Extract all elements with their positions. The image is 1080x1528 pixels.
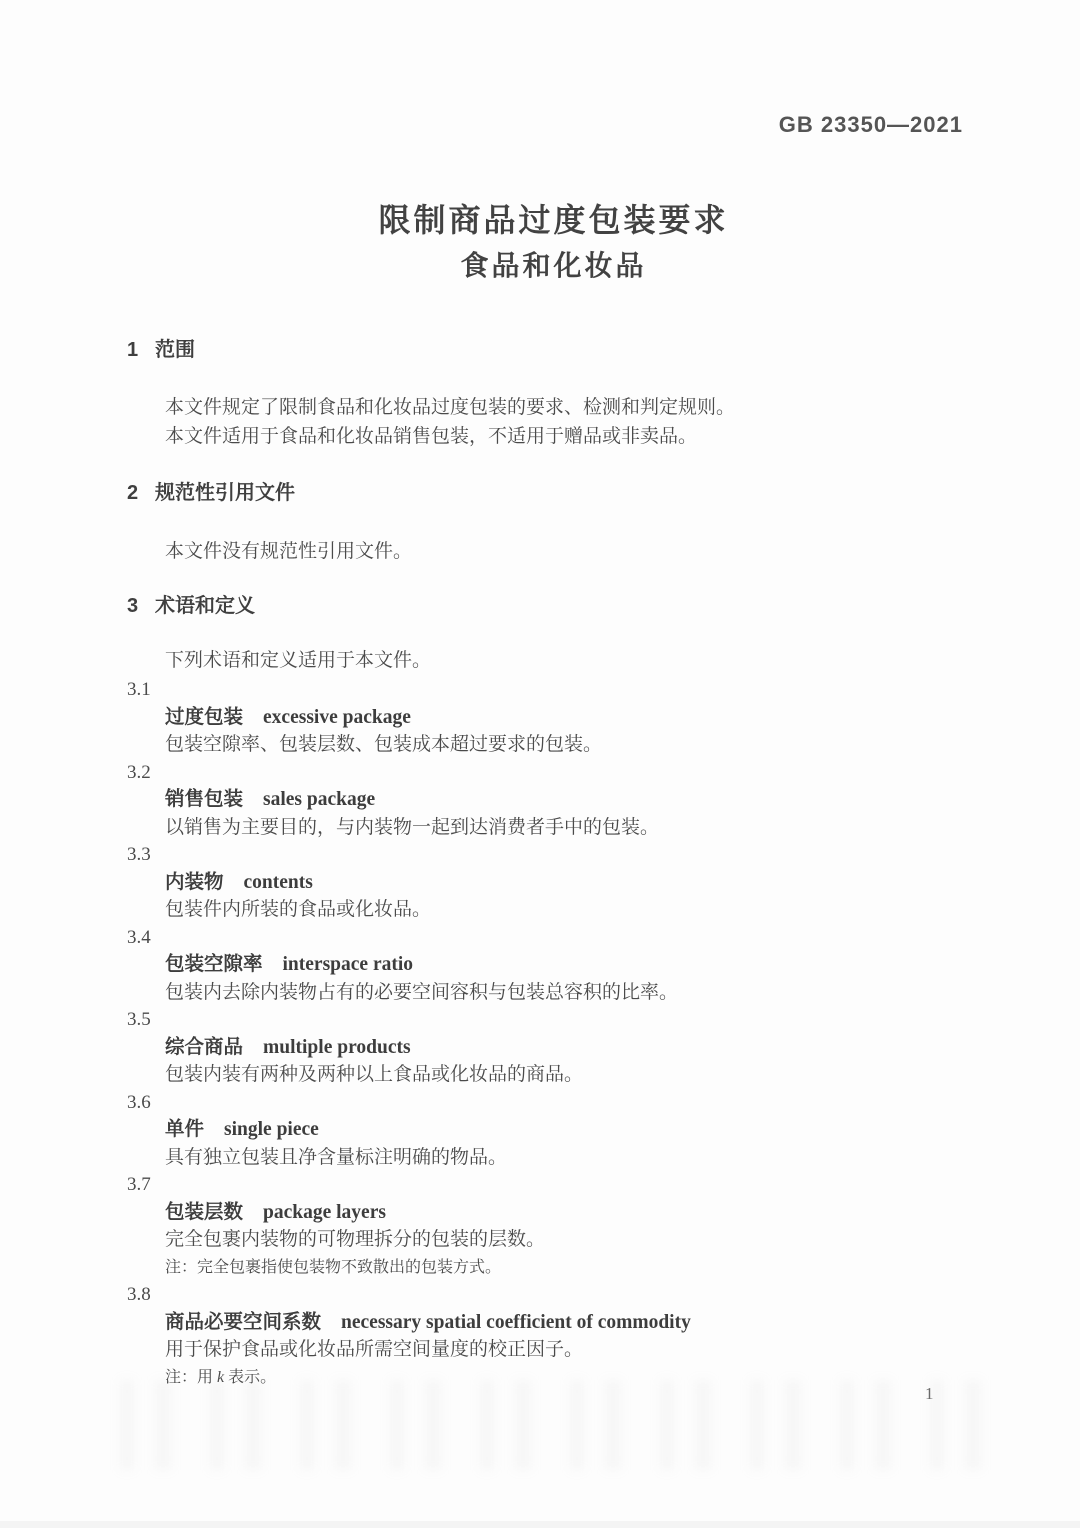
- term-number: 3.6: [127, 1089, 980, 1117]
- clause-label: 范围: [155, 337, 195, 363]
- term-title-zh: 内装物: [165, 871, 224, 893]
- term-definition: 包装内去除内装物占有的必要空间容积与包装总容积的比率。: [127, 979, 980, 1007]
- term-title-zh: 销售包装: [165, 788, 243, 810]
- term-note-suffix: 表示。: [224, 1369, 276, 1386]
- term-3-3: 3.3 内装物contents 包装件内所装的食品或化妆品。: [127, 841, 980, 924]
- term-definition: 完全包裹内装物的可物理拆分的包装的层数。: [127, 1226, 980, 1254]
- term-3-4: 3.4 包装空隙率interspace ratio 包装内去除内装物占有的必要空…: [127, 924, 980, 1007]
- term-title-en: package layers: [263, 1202, 386, 1223]
- term-3-1: 3.1 过度包装excessive package 包装空隙率、包装层数、包装成…: [127, 676, 980, 759]
- term-definition: 包装空隙率、包装层数、包装成本超过要求的包装。: [127, 731, 980, 759]
- term-number: 3.1: [127, 676, 980, 704]
- term-title: 商品必要空间系数necessary spatial coefficient of…: [127, 1309, 980, 1337]
- document-page: GB 23350—2021 限制商品过度包装要求 食品和化妆品 1 范围 本文件…: [0, 0, 1080, 1528]
- term-title-en: necessary spatial coefficient of commodi…: [341, 1312, 691, 1333]
- section-heading-terms-definitions: 3 术语和定义: [127, 593, 980, 619]
- term-definition: 包装件内所装的食品或化妆品。: [127, 896, 980, 924]
- term-title-zh: 过度包装: [165, 706, 243, 728]
- term-note-prefix: 注：用: [165, 1369, 217, 1386]
- term-number: 3.4: [127, 924, 980, 952]
- term-title-en: contents: [244, 872, 313, 893]
- term-title: 包装空隙率interspace ratio: [127, 951, 980, 979]
- term-number: 3.3: [127, 841, 980, 869]
- clause-number: 2: [127, 480, 155, 506]
- term-3-7: 3.7 包装层数package layers 完全包裹内装物的可物理拆分的包装的…: [127, 1171, 980, 1281]
- term-number: 3.8: [127, 1281, 980, 1309]
- clause-number: 3: [127, 593, 155, 619]
- term-number: 3.7: [127, 1171, 980, 1199]
- term-title: 过度包装excessive package: [127, 704, 980, 732]
- page-number: 1: [925, 1384, 934, 1404]
- term-title-en: interspace ratio: [283, 954, 414, 975]
- term-definition: 包装内装有两种及两种以上食品或化妆品的商品。: [127, 1061, 980, 1089]
- term-number: 3.2: [127, 759, 980, 787]
- term-3-8: 3.8 商品必要空间系数necessary spatial coefficien…: [127, 1281, 980, 1391]
- scan-bottom-edge: [0, 1521, 1080, 1528]
- clause-label: 术语和定义: [155, 593, 255, 619]
- document-content: 限制商品过度包装要求 食品和化妆品 1 范围 本文件规定了限制食品和化妆品过度包…: [127, 0, 980, 1391]
- term-note: 注：完全包裹指使包装物不致散出的包装方式。: [127, 1254, 980, 1282]
- scan-artifact: [120, 1380, 1020, 1470]
- scope-paragraph-2: 本文件适用于食品和化妆品销售包装，不适用于赠品或非卖品。: [127, 422, 980, 451]
- clause-number: 1: [127, 337, 155, 363]
- term-title: 综合商品multiple products: [127, 1034, 980, 1062]
- term-definition: 以销售为主要目的，与内装物一起到达消费者手中的包装。: [127, 814, 980, 842]
- document-title: 限制商品过度包装要求 食品和化妆品: [127, 200, 980, 284]
- term-title-zh: 包装空隙率: [165, 953, 263, 975]
- terms-list: 3.1 过度包装excessive package 包装空隙率、包装层数、包装成…: [127, 676, 980, 1391]
- document-title-line1: 限制商品过度包装要求: [127, 200, 980, 240]
- term-title-en: multiple products: [263, 1037, 411, 1058]
- term-note: 注：用 k 表示。: [127, 1364, 980, 1392]
- term-title: 单件single piece: [127, 1116, 980, 1144]
- document-title-line2: 食品和化妆品: [127, 248, 980, 284]
- term-title-en: sales package: [263, 789, 375, 810]
- term-title-zh: 商品必要空间系数: [165, 1311, 321, 1333]
- clause-label: 规范性引用文件: [155, 480, 295, 506]
- terms-intro: 下列术语和定义适用于本文件。: [127, 646, 980, 675]
- term-title-zh: 包装层数: [165, 1201, 243, 1223]
- term-title: 销售包装sales package: [127, 786, 980, 814]
- term-title-zh: 综合商品: [165, 1036, 243, 1058]
- term-definition: 用于保护食品或化妆品所需空间量度的校正因子。: [127, 1336, 980, 1364]
- normative-references-paragraph: 本文件没有规范性引用文件。: [127, 537, 980, 566]
- term-number: 3.5: [127, 1006, 980, 1034]
- term-title: 内装物contents: [127, 869, 980, 897]
- term-definition: 具有独立包装且净含量标注明确的物品。: [127, 1144, 980, 1172]
- scope-paragraph-1: 本文件规定了限制食品和化妆品过度包装的要求、检测和判定规则。: [127, 393, 980, 422]
- section-heading-normative-references: 2 规范性引用文件: [127, 480, 980, 506]
- term-3-2: 3.2 销售包装sales package 以销售为主要目的，与内装物一起到达消…: [127, 759, 980, 842]
- term-3-6: 3.6 单件single piece 具有独立包装且净含量标注明确的物品。: [127, 1089, 980, 1172]
- section-heading-scope: 1 范围: [127, 337, 980, 363]
- term-title-en: single piece: [224, 1119, 319, 1140]
- term-title: 包装层数package layers: [127, 1199, 980, 1227]
- term-title-zh: 单件: [165, 1118, 204, 1140]
- term-3-5: 3.5 综合商品multiple products 包装内装有两种及两种以上食品…: [127, 1006, 980, 1089]
- term-title-en: excessive package: [263, 707, 411, 728]
